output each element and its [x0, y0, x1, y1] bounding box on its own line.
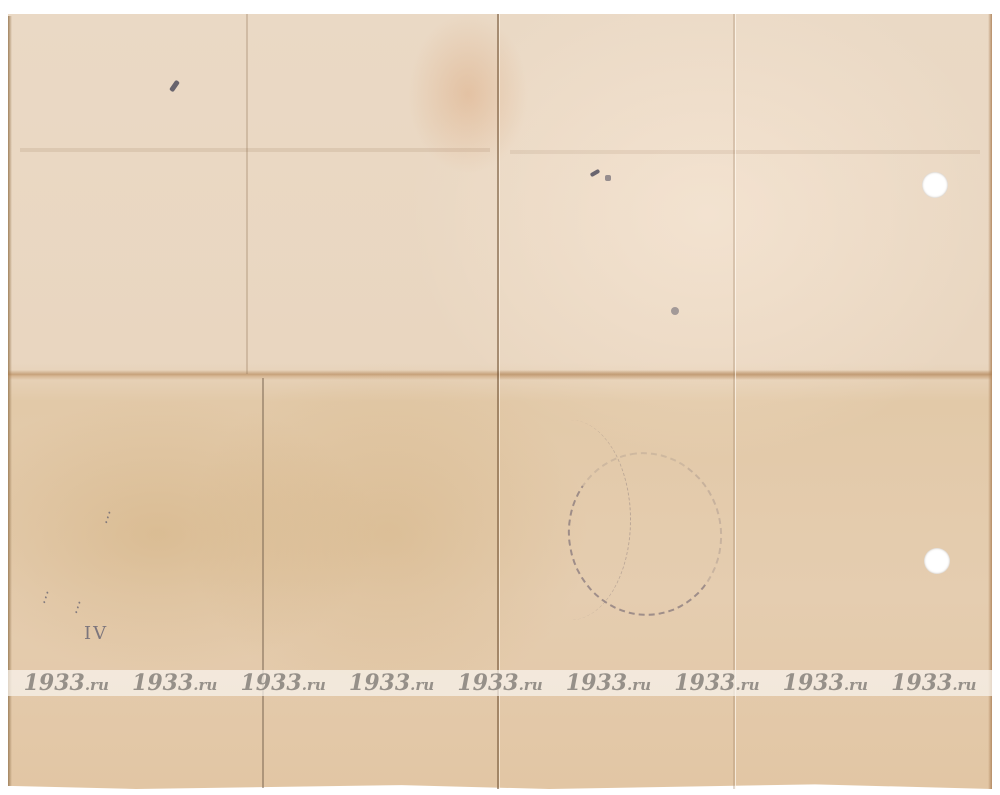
punch-hole-top	[922, 172, 948, 198]
watermark-text: 1933.ru	[674, 670, 759, 696]
fold-line-horizontal-right	[497, 370, 992, 380]
watermark-text: 1933.ru	[566, 670, 651, 696]
ink-mark	[605, 175, 611, 181]
watermark-text: 1933.ru	[783, 670, 868, 696]
handwriting-line: …	[31, 586, 53, 606]
fold-line-left-lower	[262, 378, 264, 788]
handwriting-line: …	[93, 506, 115, 526]
watermark-text: 1933.ru	[24, 670, 109, 696]
watermark-text: 1933.ru	[891, 670, 976, 696]
fold-line-upper-right	[510, 150, 980, 154]
watermark-text: 1933.ru	[240, 670, 325, 696]
watermark-text: 1933.ru	[349, 670, 434, 696]
handwriting-line: …	[63, 596, 85, 616]
punch-hole-bottom	[924, 548, 950, 574]
pencil-annotation: … … … IV	[20, 398, 130, 648]
fold-line-upper-left	[20, 148, 490, 152]
fold-line-left-upper	[246, 14, 248, 374]
handwritten-numeral: IV	[84, 623, 108, 644]
watermark-text: 1933.ru	[132, 670, 217, 696]
watermark-text: 1933.ru	[457, 670, 542, 696]
watermark-band: 1933.ru 1933.ru 1933.ru 1933.ru 1933.ru …	[8, 670, 992, 696]
ink-smudge	[671, 307, 679, 315]
